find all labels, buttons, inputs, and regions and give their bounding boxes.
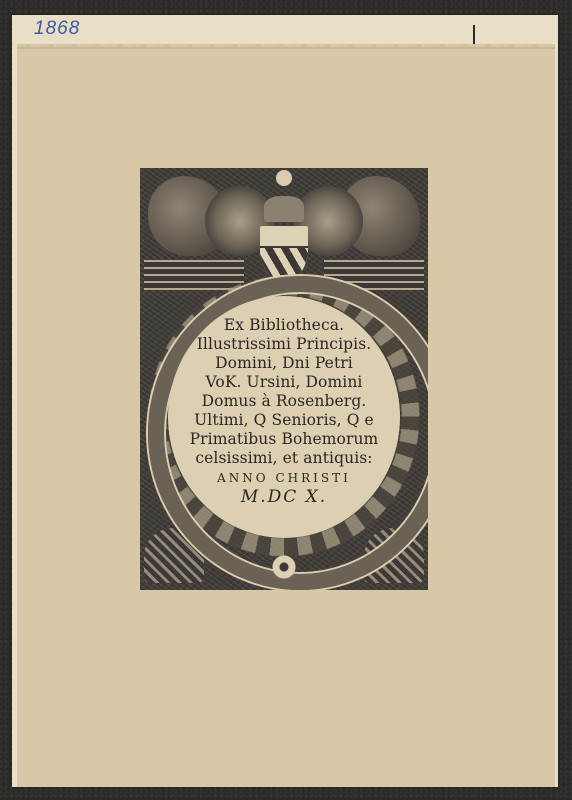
year-numeral: M.DC X. — [168, 488, 400, 507]
handwritten-accession-number: 1868 — [34, 18, 80, 40]
anno-christi-label: ANNO CHRISTI — [168, 469, 400, 488]
inscription-line: celsissimi, et antiquis: — [168, 449, 400, 468]
bookplate-print: Ex Bibliotheca. Illustrissimi Principis.… — [140, 168, 428, 590]
inscription-text: Ex Bibliotheca. Illustrissimi Principis.… — [168, 316, 400, 507]
inscription-line: Primatibus Bohemorum — [168, 430, 400, 449]
pencil-mark — [473, 25, 475, 45]
rose-crest-icon — [276, 170, 292, 186]
coat-of-arms — [140, 168, 428, 293]
inscription-line: Domus à Rosenberg. — [168, 392, 400, 411]
railing-left — [144, 260, 244, 290]
inscription-line: Ex Bibliotheca. — [168, 316, 400, 335]
shield-icon — [260, 226, 308, 282]
inscription-line: Domini, Dni Petri — [168, 354, 400, 373]
inscription-line: VoK. Ursini, Domini — [168, 373, 400, 392]
inscription-line: Ultimi, Q Senioris, Q e — [168, 411, 400, 430]
inscription-line: Illustrissimi Principis. — [168, 335, 400, 354]
shield-chief — [260, 226, 308, 248]
helmet-icon — [264, 196, 304, 222]
tudor-rose-icon — [271, 554, 297, 580]
